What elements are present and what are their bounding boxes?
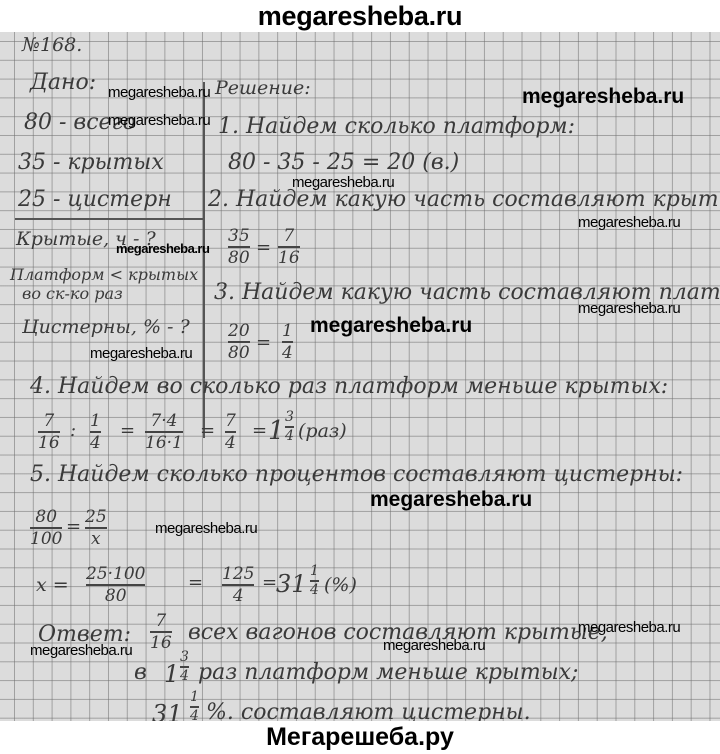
fraction: 3580 [228, 227, 250, 267]
fraction: 716 [278, 227, 300, 267]
watermark: megaresheba.ru [30, 642, 132, 659]
given-question: Цистерны, % - ? [22, 316, 190, 338]
watermark: megaresheba.ru [310, 314, 472, 338]
fraction: 2080 [228, 322, 250, 362]
watermark: megaresheba.ru [522, 85, 684, 109]
fraction: 80100 [30, 508, 62, 548]
given-item: 35 - крытых [18, 150, 164, 175]
step4-unit: (раз) [298, 420, 347, 442]
x-label: x = [36, 574, 69, 596]
watermark: megaresheba.ru [155, 520, 257, 537]
fraction: 34 [180, 650, 189, 684]
watermark: megaresheba.ru [108, 112, 210, 129]
step5-text: 5. Найдем сколько процентов составляют ц… [30, 462, 683, 487]
fraction: 14 [90, 412, 101, 452]
watermark: megaresheba.ru [90, 345, 192, 362]
site-header-logo[interactable]: megaresheba.ru [0, 0, 720, 32]
given-divider-horizontal [15, 218, 205, 220]
given-question: во ск-ко раз [22, 284, 123, 303]
step4-result-whole: 1 [268, 416, 285, 446]
watermark: megaresheba.ru [116, 241, 209, 256]
watermark: megaresheba.ru [292, 174, 394, 191]
fraction: 34 [285, 410, 294, 444]
answer-line2-prefix: в [134, 660, 147, 685]
given-title: Дано: [30, 70, 96, 95]
fraction: 25x [85, 508, 107, 548]
solution-title: Решение: [215, 77, 311, 99]
answer-line2-whole: 1 [164, 660, 179, 688]
site-footer-logo[interactable]: Мегарешеба.ру [0, 721, 720, 754]
fraction: 25·10080 [86, 565, 145, 605]
fraction: 7·416·1 [145, 412, 183, 452]
step4-text: 4. Найдем во сколько раз платформ меньше… [30, 374, 668, 399]
answer-line3-whole: 31 [152, 700, 183, 721]
fraction: 14 [190, 690, 199, 721]
given-item: 25 - цистерн [18, 187, 172, 212]
answer-line2: раз платформ меньше крытых; [198, 660, 578, 685]
step5-unit: (%) [324, 574, 357, 596]
watermark: megaresheba.ru [370, 488, 532, 512]
fraction: 74 [225, 412, 236, 452]
step1-text: 1. Найдем сколько платформ: [218, 114, 575, 139]
notebook-page: №168. Дано: 80 - всего 35 - крытых 25 - … [0, 32, 720, 721]
watermark: megaresheba.ru [578, 300, 680, 317]
fraction: 14 [282, 322, 293, 362]
answer-line3: %. составляют цистерны. [206, 700, 531, 721]
watermark: megaresheba.ru [108, 84, 210, 101]
fraction: 14 [310, 564, 319, 598]
watermark: megaresheba.ru [578, 214, 680, 231]
watermark: megaresheba.ru [383, 637, 485, 654]
fraction: 716 [150, 612, 172, 652]
task-number: №168. [22, 34, 82, 56]
fraction: 716 [38, 412, 60, 452]
fraction: 1254 [222, 565, 254, 605]
step5-result-whole: 31 [276, 570, 307, 598]
given-question: Платформ < крытых [10, 265, 198, 284]
watermark: megaresheba.ru [578, 619, 680, 636]
step2-text: 2. Найдем какую часть составляют крытые: [208, 187, 720, 212]
step1-calc: 80 - 35 - 25 = 20 (в.) [228, 150, 459, 175]
